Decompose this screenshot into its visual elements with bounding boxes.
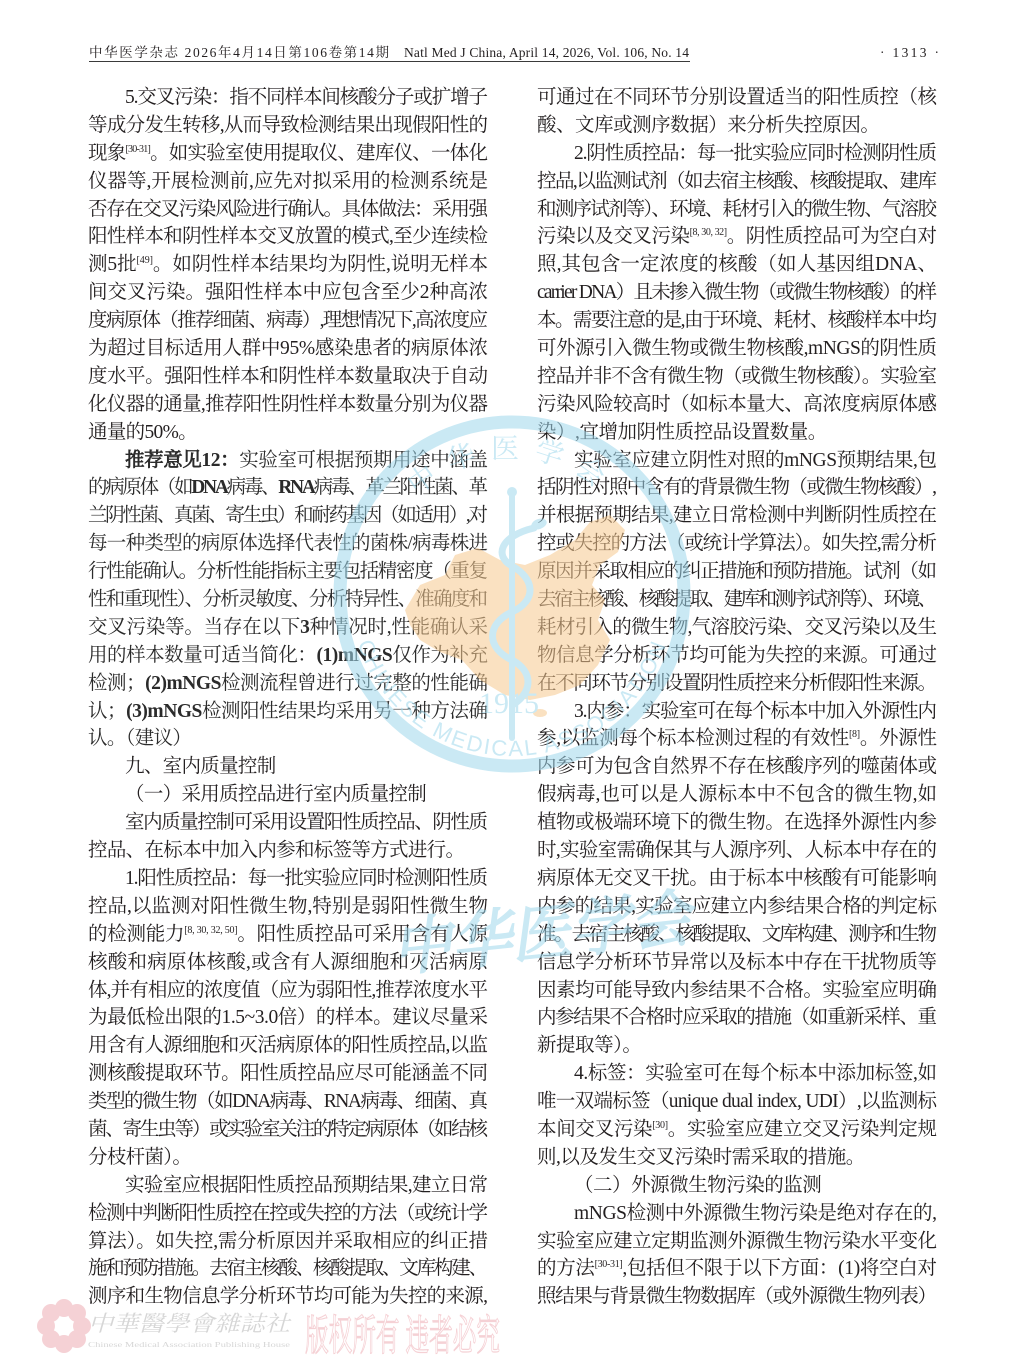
line-text: 度水平。强阳性样本和阴性样本数量取决于自动 xyxy=(88,363,488,391)
bold-text: 3 xyxy=(300,617,310,638)
text-segment: 时,实验室需确保其与人源序列、人标本中存在的 xyxy=(537,840,936,861)
text-line: 染）,宜增加阴性质控品设置数量。 xyxy=(537,419,937,447)
text-segment: 行性能确认。分析性能指标主要包括精密度（重复 xyxy=(88,561,487,582)
line-text: 度病原体（推荐细菌、病毒）,理想情况下,高浓度应 xyxy=(88,307,486,335)
text-segment: 检测中判断阳性质控在控或失控的方法（或统计学 xyxy=(88,1203,487,1224)
text-line: 仪器等,开展检测前,应先对拟采用的检测系统是 xyxy=(88,168,488,196)
text-segment: 菌、寄生虫等）或实验室关注的特定病原体（如结核 xyxy=(88,1119,486,1140)
text-line: 控品,以监测试剂（如去宿主核酸、核酸提取、建库 xyxy=(537,168,937,196)
line-text: mNGS检测中外源微生物污染是绝对存在的, xyxy=(574,1200,937,1228)
text-segment: 控品并非不含有微生物（或微生物核酸）。实验室 xyxy=(537,366,936,387)
text-line: 物信息学分析环节均可能为失控的来源。可通过 xyxy=(537,642,937,670)
line-text: 染）,宜增加阴性质控品设置数量。 xyxy=(537,419,827,447)
line-text: 实验室应建立阴性对照的mNGS预期结果,包 xyxy=(574,447,937,475)
line-text: 用的样本数量可适当简化：(1)mNGS仅作为补充 xyxy=(88,642,488,670)
text-line: 5.交叉污染：指不同样本间核酸分子或扩增子 xyxy=(88,84,488,112)
text-segment: 体,并有相应的浓度值（应为弱阳性,推荐浓度水平 xyxy=(88,980,487,1001)
text-line: carrier DNA）且未掺入微生物（或微生物核酸）的样 xyxy=(537,279,937,307)
text-segment: 和测序试剂等）、环境、耗材引入的微生物、气溶胶 xyxy=(537,199,935,220)
line-text: 检测中判断阳性质控在控或失控的方法（或统计学 xyxy=(88,1200,487,1228)
text-line: 1.阳性质控品：每一批实验应同时检测阳性质 xyxy=(88,865,488,893)
line-text: 通量的50%。 xyxy=(88,419,197,447)
text-line: 为超过目标适用人群中95%感染患者的病原体浓 xyxy=(88,335,488,363)
text-segment: 并根据预期结果,建立日常检测中判断阴性质控在 xyxy=(537,505,936,526)
text-line: 检测中判断阳性质控在控或失控的方法（或统计学 xyxy=(88,1200,488,1228)
recommendation-line: 的病原体（如DNA病毒、RNA病毒、革兰阳性菌、革 xyxy=(88,474,488,502)
citation-superscript: [8, 30, 32, 50] xyxy=(184,925,237,936)
line-text: 认。（建议） xyxy=(88,725,191,753)
line-text: 测5批[49]。如阴性样本结果均为阴性,说明无样本 xyxy=(88,251,488,279)
copyright-notice: 版权所有 违者必究 xyxy=(305,1313,500,1355)
text-segment: 照结果与背景微生物数据库（或外源微生物列表） xyxy=(537,1286,936,1307)
line-text: 信息学分析环节异常以及标本中存在干扰物质等 xyxy=(537,949,937,977)
text-line: 3.内参：实验室可在每个标本中加入外源性内 xyxy=(537,698,937,726)
text-segment: 测序和生物信息学分析环节均可能为失控的来源, xyxy=(88,1286,487,1307)
line-text: 3.内参：实验室可在每个标本中加入外源性内 xyxy=(574,698,936,726)
line-text: 间交叉污染。强阳性样本中应包含至少2种高浓 xyxy=(88,279,488,307)
text-segment: 认。（建议） xyxy=(88,728,191,749)
text-line: 等成分发生转移,从而导致检测结果出现假阳性的 xyxy=(88,112,488,140)
line-text: 控品并非不含有微生物（或微生物核酸）。实验室 xyxy=(537,363,936,391)
line-text: 照,其包含一定浓度的核酸（如人基因组DNA、 xyxy=(537,251,937,279)
text-line: 酸、文库或测序数据）来分析失控原因。 xyxy=(537,112,937,140)
line-text: 为超过目标适用人群中95%感染患者的病原体浓 xyxy=(88,335,488,363)
text-line: 内参可为包含自然界不存在核酸序列的噬菌体或 xyxy=(537,753,937,781)
text-segment: 可通过在不同环节分别设置适当的阳性质控（核 xyxy=(537,87,937,108)
text-segment: 检测流程曾进行过完整的性能确 xyxy=(221,673,488,694)
line-text: 控品,以监测对阳性微生物,特别是弱阳性微生物 xyxy=(88,893,488,921)
text-line: 内参结果不合格时应采取的措施（如重新采样、重 xyxy=(537,1004,937,1032)
text-segment: 控品,以监测对阳性微生物,特别是弱阳性微生物 xyxy=(88,896,488,917)
text-line: 的检测能力[8, 30, 32, 50]。阳性质控品可采用含有人源 xyxy=(88,921,488,949)
line-text: 算法）。如失控,需分析原因并采取相应的纠正措 xyxy=(88,1228,488,1256)
logo-year: 1915 xyxy=(479,687,539,720)
text-segment: 的病原体（如 xyxy=(88,477,191,498)
recommendation-line: 推荐意见12：实验室可根据预期用途中涵盖 xyxy=(88,447,488,475)
text-segment: 为超过目标适用人群中95%感染患者的病原体浓 xyxy=(88,338,488,359)
line-text: 本。需要注意的是,由于环境、耗材、核酸样本中均 xyxy=(537,307,935,335)
recommendation-line: 认。（建议） xyxy=(88,725,488,753)
text-segment: 实验室应建立阴性对照的mNGS预期结果,包 xyxy=(574,450,937,471)
text-segment: 则,以及发生交叉污染时需采取的措施。 xyxy=(537,1147,865,1168)
text-segment: 可外源引入微生物或微生物核酸,mNGS的阴性质 xyxy=(537,338,937,359)
text-segment: 去宿主核酸、核酸提取、建库和测序试剂等）、环境、 xyxy=(537,589,934,610)
text-segment: mNGS检测中外源微生物污染是绝对存在的, xyxy=(574,1203,937,1224)
line-text: 可通过在不同环节分别设置适当的阳性质控（核 xyxy=(537,84,937,112)
text-segment: ,包括但不限于以下方面：(1)将空白对 xyxy=(622,1258,936,1279)
text-segment: 信息学分析环节异常以及标本中存在干扰物质等 xyxy=(537,952,937,973)
text-segment: 物信息学分析环节均可能为失控的来源。可通过 xyxy=(537,645,937,666)
text-line: 2.阴性质控品：每一批实验应同时检测阴性质 xyxy=(537,140,937,168)
text-line: mNGS检测中外源微生物污染是绝对存在的, xyxy=(537,1200,937,1228)
line-text: 4.标签：实验室可在每个标本中添加标签,如 xyxy=(574,1060,937,1088)
text-segment: 类型的微生物（如DNA病毒、RNA病毒、细菌、真 xyxy=(88,1091,487,1112)
text-line: 耗材引入的微生物,气溶胶污染、交叉污染以及生 xyxy=(537,614,937,642)
text-line: 参,以监测每个标本检测过程的有效性[8]。外源性 xyxy=(537,725,937,753)
bold-text: DNA xyxy=(191,477,226,498)
text-line: 和测序试剂等）、环境、耗材引入的微生物、气溶胶 xyxy=(537,196,937,224)
publisher-flower-logo-icon xyxy=(37,1299,91,1353)
line-text: 检测；(2)mNGS检测流程曾进行过完整的性能确 xyxy=(88,670,488,698)
line-text: 内参结果不合格时应采取的措施（如重新采样、重 xyxy=(537,1004,936,1032)
section-heading: 九、室内质量控制 xyxy=(88,753,488,781)
recommendation-line: 认；(3)mNGS检测阳性结果均采用另一种方法确 xyxy=(88,698,488,726)
text-segment: 为最低检出限的1.5~3.0倍）的样本。建议尽量采 xyxy=(88,1007,488,1028)
line-text: 的病原体（如DNA病毒、RNA病毒、革兰阳性菌、革 xyxy=(88,474,486,502)
line-text: 酸、文库或测序数据）来分析失控原因。 xyxy=(537,112,879,140)
text-segment: 度水平。强阳性样本和阴性样本数量取决于自动 xyxy=(88,366,488,387)
text-segment: 控品,以监测试剂（如去宿主核酸、核酸提取、建库 xyxy=(537,171,935,192)
text-line: 本。需要注意的是,由于环境、耗材、核酸样本中均 xyxy=(537,307,937,335)
text-line: 去宿主核酸、核酸提取、建库和测序试剂等）、环境、 xyxy=(537,586,937,614)
text-line: 化仪器的通量,推荐阳性阴性样本数量分别为仪器 xyxy=(88,391,488,419)
line-text: 菌、寄生虫等）或实验室关注的特定病原体（如结核 xyxy=(88,1116,486,1144)
text-segment: 病原体无交叉干扰。由于标本中核酸有可能影响 xyxy=(537,868,937,889)
text-line: 污染以及交叉污染[8, 30, 32]。阴性质控品可为空白对 xyxy=(537,223,937,251)
text-segment: 。阳性质控品可采用含有人源 xyxy=(237,924,487,945)
text-line: 室内质量控制可采用设置阳性质控品、阴性质 xyxy=(88,809,488,837)
line-text: 核酸和病原体核酸,或含有人源细胞和灭活病原 xyxy=(88,949,488,977)
section-heading: （一）采用质控品进行室内质量控制 xyxy=(88,781,488,809)
line-text: 假病毒,也可以是人源标本中不包含的微生物,如 xyxy=(537,781,937,809)
line-text: 的检测能力[8, 30, 32, 50]。阳性质控品可采用含有人源 xyxy=(88,921,488,949)
line-text: 因素均可能导致内参结果不合格。实验室应明确 xyxy=(537,977,937,1005)
text-segment: 原因并采取相应的纠正措施和预防措施。试剂（如 xyxy=(537,561,936,582)
text-line: 则,以及发生交叉污染时需采取的措施。 xyxy=(537,1144,937,1172)
text-line: 阳性样本和阴性样本交叉放置的模式,至少连续检 xyxy=(88,223,488,251)
text-segment: 病毒、 xyxy=(227,477,279,498)
text-line: 实验室应根据阳性质控品预期结果,建立日常 xyxy=(88,1172,488,1200)
line-text: 照结果与背景微生物数据库（或外源微生物列表） xyxy=(537,1283,936,1311)
text-segment: 因素均可能导致内参结果不合格。实验室应明确 xyxy=(537,980,937,1001)
line-text: 行性能确认。分析性能指标主要包括精密度（重复 xyxy=(88,558,487,586)
journal-page: 中华医学杂志 2026年4月14日第106卷第14期 Natl Med J Ch… xyxy=(0,0,1015,1355)
line-text: 内参可为包含自然界不存在核酸序列的噬菌体或 xyxy=(537,753,937,781)
text-line: 实验室应建立阴性对照的mNGS预期结果,包 xyxy=(537,447,937,475)
text-line: 可通过在不同环节分别设置适当的阳性质控（核 xyxy=(537,84,937,112)
text-segment: 测核酸提取环节。阳性质控品应尽可能涵盖不同 xyxy=(88,1063,488,1084)
line-text: 括阴性对照中含有的背景微生物（或微生物核酸）, xyxy=(537,474,935,502)
line-text: 准。去宿主核酸、核酸提取、文库构建、测序和生物 xyxy=(537,921,935,949)
line-text: 植物或极端环境下的微生物。在选择外源性内参 xyxy=(537,809,937,837)
line-text: （二）外源微生物污染的监测 xyxy=(574,1172,821,1200)
text-segment: 5.交叉污染：指不同样本间核酸分子或扩增子 xyxy=(125,87,487,108)
text-segment: 检测； xyxy=(88,673,145,694)
text-line: 病原体无交叉干扰。由于标本中核酸有可能影响 xyxy=(537,865,937,893)
text-segment: 在不同环节分别设置阴性质控来分析假阳性来源。 xyxy=(537,673,936,694)
line-text: 实验室应建立定期监测外源微生物污染水平变化 xyxy=(537,1228,937,1256)
text-segment: 种情况时,性能确认采 xyxy=(310,617,488,638)
line-text: 施和预防措施。去宿主核酸、核酸提取、文库构建、 xyxy=(88,1255,486,1283)
line-text: 2.阴性质控品：每一批实验应同时检测阴性质 xyxy=(574,140,936,168)
line-text: 推荐意见12：实验室可根据预期用途中涵盖 xyxy=(125,447,488,475)
line-text: 在不同环节分别设置阴性质控来分析假阳性来源。 xyxy=(537,670,936,698)
text-line: 体,并有相应的浓度值（应为弱阳性,推荐浓度水平 xyxy=(88,977,488,1005)
text-line: 分枝杆菌）。 xyxy=(88,1144,488,1172)
text-segment: 。如阴性样本结果均为阴性,说明无样本 xyxy=(153,254,488,275)
recommendation-line: 行性能确认。分析性能指标主要包括精密度（重复 xyxy=(88,558,488,586)
text-segment: 通量的50%。 xyxy=(88,422,197,443)
line-text: 否存在交叉污染风险进行确认。具体做法：采用强 xyxy=(88,196,487,224)
text-segment: 。外源性 xyxy=(860,728,937,749)
text-segment: 照,其包含一定浓度的核酸（如人基因组DNA、 xyxy=(537,254,937,275)
line-text: 等成分发生转移,从而导致检测结果出现假阳性的 xyxy=(88,112,487,140)
text-segment: 唯一双端标签（unique dual index, UDI）,以监测标 xyxy=(537,1091,936,1112)
text-line: 用含有人源细胞和灭活病原体的阳性质控品,以监 xyxy=(88,1032,488,1060)
publisher-name-en: Chinese Medical Association Publishing H… xyxy=(88,1340,291,1349)
line-text: 则,以及发生交叉污染时需采取的措施。 xyxy=(537,1144,865,1172)
text-line: 新提取等）。 xyxy=(537,1032,937,1060)
line-text: 化仪器的通量,推荐阳性阴性样本数量分别为仪器 xyxy=(88,391,487,419)
text-segment: 算法）。如失控,需分析原因并采取相应的纠正措 xyxy=(88,1231,488,1252)
text-line: 污染风险较高时（如标本量大、高浓度病原体感 xyxy=(537,391,937,419)
line-text: 控品,以监测试剂（如去宿主核酸、核酸提取、建库 xyxy=(537,168,935,196)
bold-text: 推荐意见12： xyxy=(125,450,239,471)
text-segment: 用含有人源细胞和灭活病原体的阳性质控品,以监 xyxy=(88,1035,487,1056)
text-line: 唯一双端标签（unique dual index, UDI）,以监测标 xyxy=(537,1088,937,1116)
text-line: 植物或极端环境下的微生物。在选择外源性内参 xyxy=(537,809,937,837)
recommendation-line: 性和重现性）、分析灵敏度、分析特异性、准确度和 xyxy=(88,586,488,614)
line-text: 兰阴性菌、真菌、寄生虫）和耐药基因（如适用）,对 xyxy=(88,502,486,530)
line-text: 控品、在标本中加入内参和标签等方式进行。 xyxy=(88,837,464,865)
line-text: 认；(3)mNGS检测阳性结果均采用另一种方法确 xyxy=(88,698,488,726)
text-segment: 污染以及交叉污染 xyxy=(537,226,690,247)
line-text: 时,实验室需确保其与人源序列、人标本中存在的 xyxy=(537,837,936,865)
text-segment: 兰阴性菌、真菌、寄生虫）和耐药基因（如适用）,对 xyxy=(88,505,486,526)
text-segment: 交叉污染等。当存在以下 xyxy=(88,617,300,638)
bold-text: (2)mNGS xyxy=(145,673,221,694)
text-segment: 分枝杆菌）。 xyxy=(88,1147,191,1168)
text-segment: 假病毒,也可以是人源标本中不包含的微生物,如 xyxy=(537,784,937,805)
line-text: 九、室内质量控制 xyxy=(125,753,276,781)
journal-title-en: Natl Med J China, April 14, 2026, Vol. 1… xyxy=(404,44,689,61)
line-text: 污染以及交叉污染[8, 30, 32]。阴性质控品可为空白对 xyxy=(537,223,937,251)
recommendation-line: 检测；(2)mNGS检测流程曾进行过完整的性能确 xyxy=(88,670,488,698)
text-line: 时,实验室需确保其与人源序列、人标本中存在的 xyxy=(537,837,937,865)
text-line: 测5批[49]。如阴性样本结果均为阴性,说明无样本 xyxy=(88,251,488,279)
text-line: 通量的50%。 xyxy=(88,419,488,447)
line-text: 物信息学分析环节均可能为失控的来源。可通过 xyxy=(537,642,937,670)
right-column: 可通过在不同环节分别设置适当的阳性质控（核酸、文库或测序数据）来分析失控原因。2… xyxy=(537,84,937,1311)
text-line: 测核酸提取环节。阳性质控品应尽可能涵盖不同 xyxy=(88,1060,488,1088)
text-segment: 控或失控的方法（或统计学算法）。如失控,需分析 xyxy=(537,533,936,554)
text-segment: 内参的结果,实验室应建立内参结果合格的判定标 xyxy=(537,896,936,917)
text-line: 控或失控的方法（或统计学算法）。如失控,需分析 xyxy=(537,530,937,558)
journal-title-cn: 中华医学杂志 2026年4月14日第106卷第14期 xyxy=(89,44,391,61)
line-text: 内参的结果,实验室应建立内参结果合格的判定标 xyxy=(537,893,936,921)
recommendation-line: 兰阴性菌、真菌、寄生虫）和耐药基因（如适用）,对 xyxy=(88,502,488,530)
text-segment: 检测阳性结果均采用另一种方法确 xyxy=(202,701,488,722)
text-segment: 的检测能力 xyxy=(88,924,184,945)
text-segment: 染）,宜增加阴性质控品设置数量。 xyxy=(537,422,827,443)
text-segment: 否存在交叉污染风险进行确认。具体做法：采用强 xyxy=(88,199,487,220)
recommendation-line: 用的样本数量可适当简化：(1)mNGS仅作为补充 xyxy=(88,642,488,670)
line-text: 5.交叉污染：指不同样本间核酸分子或扩增子 xyxy=(125,84,487,112)
text-segment: 耗材引入的微生物,气溶胶污染、交叉污染以及生 xyxy=(537,617,936,638)
citation-superscript: [8, 30, 32] xyxy=(690,227,727,238)
text-segment: 施和预防措施。去宿主核酸、核酸提取、文库构建、 xyxy=(88,1258,486,1279)
text-segment: 化仪器的通量,推荐阳性阴性样本数量分别为仪器 xyxy=(88,394,487,415)
text-line: 假病毒,也可以是人源标本中不包含的微生物,如 xyxy=(537,781,937,809)
line-text: 分枝杆菌）。 xyxy=(88,1144,191,1172)
text-line: 为最低检出限的1.5~3.0倍）的样本。建议尽量采 xyxy=(88,1004,488,1032)
text-segment: 控品、在标本中加入内参和标签等方式进行。 xyxy=(88,840,464,861)
text-segment: 内参可为包含自然界不存在核酸序列的噬菌体或 xyxy=(537,756,937,777)
text-line: 否存在交叉污染风险进行确认。具体做法：采用强 xyxy=(88,196,488,224)
text-line: 间交叉污染。强阳性样本中应包含至少2种高浓 xyxy=(88,279,488,307)
text-line: 因素均可能导致内参结果不合格。实验室应明确 xyxy=(537,977,937,1005)
line-text: 仪器等,开展检测前,应先对拟采用的检测系统是 xyxy=(88,168,488,196)
text-line: 内参的结果,实验室应建立内参结果合格的判定标 xyxy=(537,893,937,921)
text-line: 的方法[30-31],包括但不限于以下方面：(1)将空白对 xyxy=(537,1255,937,1283)
recommendation-line: 每一种类型的病原体选择代表性的菌株/病毒株进 xyxy=(88,530,488,558)
text-line: 准。去宿主核酸、核酸提取、文库构建、测序和生物 xyxy=(537,921,937,949)
text-line: 控品,以监测对阳性微生物,特别是弱阳性微生物 xyxy=(88,893,488,921)
left-column: 5.交叉污染：指不同样本间核酸分子或扩增子等成分发生转移,从而导致检测结果出现假… xyxy=(88,84,488,1311)
text-line: 可外源引入微生物或微生物核酸,mNGS的阴性质 xyxy=(537,335,937,363)
text-segment: 内参结果不合格时应采取的措施（如重新采样、重 xyxy=(537,1007,936,1028)
line-text: 每一种类型的病原体选择代表性的菌株/病毒株进 xyxy=(88,530,487,558)
text-line: 测序和生物信息学分析环节均可能为失控的来源, xyxy=(88,1283,488,1311)
text-segment: 。如实验室使用提取仪、建库仪、一体化 xyxy=(150,143,487,164)
line-text: 原因并采取相应的纠正措施和预防措施。试剂（如 xyxy=(537,558,936,586)
text-line: 信息学分析环节异常以及标本中存在干扰物质等 xyxy=(537,949,937,977)
text-line: 控品并非不含有微生物（或微生物核酸）。实验室 xyxy=(537,363,937,391)
line-text: 室内质量控制可采用设置阳性质控品、阴性质 xyxy=(125,809,487,837)
text-segment: 性和重现性）、分析灵敏度、分析特异性、准确度和 xyxy=(88,589,486,610)
text-segment: 植物或极端环境下的微生物。在选择外源性内参 xyxy=(537,812,937,833)
text-segment: 的方法 xyxy=(537,1258,595,1279)
citation-superscript: [30] xyxy=(652,1120,668,1131)
line-text: 实验室应根据阳性质控品预期结果,建立日常 xyxy=(125,1172,487,1200)
line-text: 用含有人源细胞和灭活病原体的阳性质控品,以监 xyxy=(88,1032,487,1060)
running-header: 中华医学杂志 2026年4月14日第106卷第14期 Natl Med J Ch… xyxy=(89,44,690,62)
text-line: 4.标签：实验室可在每个标本中添加标签,如 xyxy=(537,1060,937,1088)
line-text: 阳性样本和阴性样本交叉放置的模式,至少连续检 xyxy=(88,223,487,251)
line-text: 交叉污染等。当存在以下3种情况时,性能确认采 xyxy=(88,614,488,642)
text-line: 原因并采取相应的纠正措施和预防措施。试剂（如 xyxy=(537,558,937,586)
publisher-name-cn: 中華醫學會雜誌社 xyxy=(88,1311,292,1336)
text-segment: 等成分发生转移,从而导致检测结果出现假阳性的 xyxy=(88,115,487,136)
line-text: 新提取等）。 xyxy=(537,1032,641,1060)
text-line: 并根据预期结果,建立日常检测中判断阴性质控在 xyxy=(537,502,937,530)
line-text: 去宿主核酸、核酸提取、建库和测序试剂等）、环境、 xyxy=(537,586,934,614)
text-segment: 实验室应根据阳性质控品预期结果,建立日常 xyxy=(125,1175,487,1196)
text-line: 括阴性对照中含有的背景微生物（或微生物核酸）, xyxy=(537,474,937,502)
text-segment: 污染风险较高时（如标本量大、高浓度病原体感 xyxy=(537,394,937,415)
line-text: 测核酸提取环节。阳性质控品应尽可能涵盖不同 xyxy=(88,1060,488,1088)
line-text: 参,以监测每个标本检测过程的有效性[8]。外源性 xyxy=(537,725,937,753)
text-segment: 间交叉污染。强阳性样本中应包含至少2种高浓 xyxy=(88,282,488,303)
text-segment: 。阴性质控品可为空白对 xyxy=(727,226,937,247)
text-line: 菌、寄生虫等）或实验室关注的特定病原体（如结核 xyxy=(88,1116,488,1144)
text-line: 施和预防措施。去宿主核酸、核酸提取、文库构建、 xyxy=(88,1255,488,1283)
line-text: 现象[30-31]。如实验室使用提取仪、建库仪、一体化 xyxy=(88,140,487,168)
text-line: 现象[30-31]。如实验室使用提取仪、建库仪、一体化 xyxy=(88,140,488,168)
line-text: 的方法[30-31],包括但不限于以下方面：(1)将空白对 xyxy=(537,1255,937,1283)
text-segment: 室内质量控制可采用设置阳性质控品、阴性质 xyxy=(125,812,487,833)
line-text: 和测序试剂等）、环境、耗材引入的微生物、气溶胶 xyxy=(537,196,935,224)
text-segment: 。实验室应建立交叉污染判定规 xyxy=(668,1119,937,1140)
line-text: 并根据预期结果,建立日常检测中判断阴性质控在 xyxy=(537,502,936,530)
text-line: 度病原体（推荐细菌、病毒）,理想情况下,高浓度应 xyxy=(88,307,488,335)
text-line: 核酸和病原体核酸,或含有人源细胞和灭活病原 xyxy=(88,949,488,977)
recommendation-line: 交叉污染等。当存在以下3种情况时,性能确认采 xyxy=(88,614,488,642)
line-text: 为最低检出限的1.5~3.0倍）的样本。建议尽量采 xyxy=(88,1004,488,1032)
citation-superscript: [8] xyxy=(849,729,860,740)
citation-superscript: [49] xyxy=(137,255,153,266)
text-segment: 实验室可根据预期用途中涵盖 xyxy=(239,450,487,471)
line-text: 1.阳性质控品：每一批实验应同时检测阳性质 xyxy=(125,865,487,893)
text-line: 在不同环节分别设置阴性质控来分析假阳性来源。 xyxy=(537,670,937,698)
text-segment: 4.标签：实验室可在每个标本中添加标签,如 xyxy=(574,1063,937,1084)
text-segment: 每一种类型的病原体选择代表性的菌株/病毒株进 xyxy=(88,533,487,554)
text-segment: 3.内参：实验室可在每个标本中加入外源性内 xyxy=(574,701,936,722)
text-line: 照,其包含一定浓度的核酸（如人基因组DNA、 xyxy=(537,251,937,279)
text-segment: 阳性样本和阴性样本交叉放置的模式,至少连续检 xyxy=(88,226,487,247)
page-number: · 1313 · xyxy=(880,44,941,61)
text-segment: 核酸和病原体核酸,或含有人源细胞和灭活病原 xyxy=(88,952,488,973)
line-text: 耗材引入的微生物,气溶胶污染、交叉污染以及生 xyxy=(537,614,936,642)
text-segment: 括阴性对照中含有的背景微生物（或微生物核酸）, xyxy=(537,477,935,498)
text-segment: 酸、文库或测序数据）来分析失控原因。 xyxy=(537,115,879,136)
text-segment: 新提取等）。 xyxy=(537,1035,641,1056)
line-text: 可外源引入微生物或微生物核酸,mNGS的阴性质 xyxy=(537,335,937,363)
text-segment: 实验室应建立定期监测外源微生物污染水平变化 xyxy=(537,1231,937,1252)
text-segment: 测5批 xyxy=(88,254,137,275)
text-segment: 1.阳性质控品：每一批实验应同时检测阳性质 xyxy=(125,868,487,889)
citation-superscript: [30-31] xyxy=(595,1259,623,1270)
text-segment: 仪器等,开展检测前,应先对拟采用的检测系统是 xyxy=(88,171,488,192)
text-line: 度水平。强阳性样本和阴性样本数量取决于自动 xyxy=(88,363,488,391)
text-segment: 仅作为补充 xyxy=(392,645,487,666)
citation-superscript: [30-31] xyxy=(125,144,150,155)
line-text: 污染风险较高时（如标本量大、高浓度病原体感 xyxy=(537,391,937,419)
text-segment: 准。去宿主核酸、核酸提取、文库构建、测序和生物 xyxy=(537,924,935,945)
text-segment: 认； xyxy=(88,701,126,722)
line-text: 控或失控的方法（或统计学算法）。如失控,需分析 xyxy=(537,530,936,558)
text-segment: 度病原体（推荐细菌、病毒）,理想情况下,高浓度应 xyxy=(88,310,486,331)
bold-text: (1)mNGS xyxy=(316,645,392,666)
text-line: 类型的微生物（如DNA病毒、RNA病毒、细菌、真 xyxy=(88,1088,488,1116)
text-line: 本间交叉污染[30]。实验室应建立交叉污染判定规 xyxy=(537,1116,937,1144)
text-segment: 现象 xyxy=(88,143,125,164)
bold-text: (3)mNGS xyxy=(126,701,202,722)
text-segment: 本间交叉污染 xyxy=(537,1119,652,1140)
text-segment: 九、室内质量控制 xyxy=(125,756,276,777)
text-segment: carrier DNA）且未掺入微生物（或微生物核酸）的样 xyxy=(537,282,935,303)
line-text: 唯一双端标签（unique dual index, UDI）,以监测标 xyxy=(537,1088,936,1116)
text-segment: （一）采用质控品进行室内质量控制 xyxy=(125,784,426,805)
bold-text: RNA xyxy=(278,477,313,498)
section-heading: （二）外源微生物污染的监测 xyxy=(537,1172,937,1200)
line-text: 体,并有相应的浓度值（应为弱阳性,推荐浓度水平 xyxy=(88,977,487,1005)
text-line: 算法）。如失控,需分析原因并采取相应的纠正措 xyxy=(88,1228,488,1256)
line-text: carrier DNA）且未掺入微生物（或微生物核酸）的样 xyxy=(537,279,935,307)
text-segment: 参,以监测每个标本检测过程的有效性 xyxy=(537,728,849,749)
line-text: 本间交叉污染[30]。实验室应建立交叉污染判定规 xyxy=(537,1116,937,1144)
text-segment: （二）外源微生物污染的监测 xyxy=(574,1175,821,1196)
text-segment: 病毒、革兰阳性菌、革 xyxy=(314,477,486,498)
text-segment: 用的样本数量可适当简化： xyxy=(88,645,316,666)
text-line: 控品、在标本中加入内参和标签等方式进行。 xyxy=(88,837,488,865)
text-segment: 2.阴性质控品：每一批实验应同时检测阴性质 xyxy=(574,143,936,164)
line-text: 类型的微生物（如DNA病毒、RNA病毒、细菌、真 xyxy=(88,1088,487,1116)
line-text: （一）采用质控品进行室内质量控制 xyxy=(125,781,426,809)
line-text: 病原体无交叉干扰。由于标本中核酸有可能影响 xyxy=(537,865,937,893)
text-segment: 本。需要注意的是,由于环境、耗材、核酸样本中均 xyxy=(537,310,935,331)
line-text: 测序和生物信息学分析环节均可能为失控的来源, xyxy=(88,1283,487,1311)
